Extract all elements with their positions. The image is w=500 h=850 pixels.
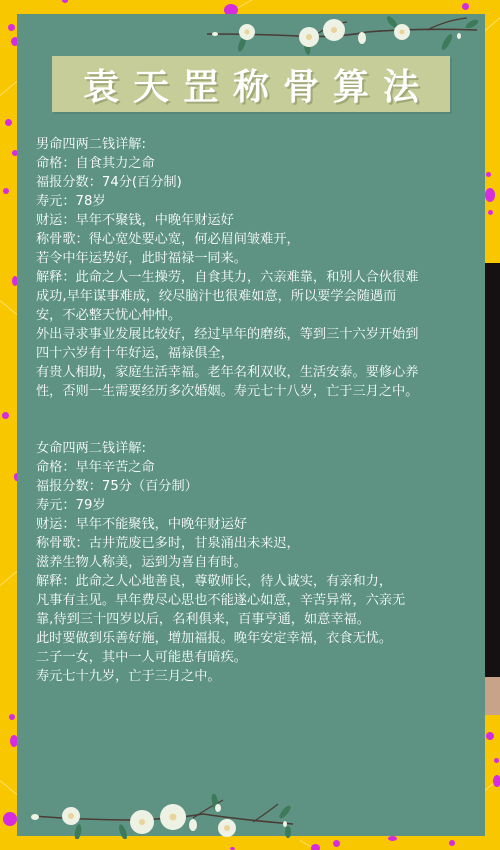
male-wealth: 财运：早年不聚钱，中晚年财运好 — [36, 211, 456, 230]
bone-weight-reading-text: 男命四两二钱详解: 命格：自食其力之命 福报分数：74分(百分制) 寿元：78岁… — [36, 135, 456, 686]
male-lifespan: 寿元：78岁 — [36, 192, 456, 211]
magenta-dot — [449, 840, 455, 846]
magenta-dot — [486, 732, 494, 740]
female-explanation-line: 寿元七十九岁，亡于三月之中。 — [36, 667, 456, 686]
magenta-dot — [2, 412, 9, 419]
male-explanation-line: 四十六岁有十年好运，福禄俱全， — [36, 344, 456, 363]
female-explanation-line: 解释：此命之人心地善良，尊敬师长，待人诚实，有亲和力， — [36, 572, 456, 591]
female-section: 女命四两二钱详解: 命格：早年辛苦之命 福报分数：75分（百分制） 寿元：79岁… — [36, 439, 456, 686]
female-explanation-line: 靠,待到三十四岁以后，名利俱来，百事亨通，如意幸福。 — [36, 610, 456, 629]
male-section: 男命四两二钱详解: 命格：自食其力之命 福报分数：74分(百分制) 寿元：78岁… — [36, 135, 456, 401]
male-fate-type: 命格：自食其力之命 — [36, 154, 456, 173]
magenta-dot — [62, 0, 68, 3]
female-fate-type: 命格：早年辛苦之命 — [36, 458, 456, 477]
male-explanation-line: 有贵人相助，家庭生活幸福。老年名利双收，生活安泰。要修心养 — [36, 363, 456, 382]
plum-blossom-branch-bottom-icon — [23, 794, 303, 839]
female-explanation-line: 二子一女，其中一人可能患有暗疾。 — [36, 648, 456, 667]
page-title: 袁天罡称骨算法 — [52, 56, 450, 112]
male-song-line-2: 若令中年运势好，此时福禄一同来。 — [36, 249, 456, 268]
female-song-line-1: 称骨歌：古井荒废已多时，甘泉涌出未来迟， — [36, 534, 456, 553]
magenta-dot — [311, 844, 320, 850]
magenta-dot — [488, 210, 493, 215]
magenta-dot — [9, 714, 15, 720]
border-diagonal-line — [0, 80, 19, 96]
male-explanation-line: 安，不必整天忧心忡忡。 — [36, 306, 456, 325]
female-explanation-line: 此时要做到乐善好施，增加福报。晚年安定幸福，衣食无忧。 — [36, 629, 456, 648]
border-diagonal-line — [0, 300, 19, 316]
magenta-dot — [388, 836, 397, 841]
magenta-dot — [493, 775, 500, 787]
magenta-dot — [486, 172, 491, 177]
female-wealth: 财运：早年不能聚钱，中晚年财运好 — [36, 515, 456, 534]
male-heading: 男命四两二钱详解: — [36, 135, 456, 154]
plum-blossom-branch-top-icon — [197, 14, 487, 59]
magenta-dot — [494, 758, 499, 763]
magenta-dot — [3, 812, 17, 826]
female-heading: 女命四两二钱详解: — [36, 439, 456, 458]
photo-skin-region — [485, 677, 500, 715]
male-explanation-line: 性，否则一生需要经历多次婚姻。寿元七十八岁，亡于三月之中。 — [36, 382, 456, 401]
magenta-dot — [5, 119, 12, 126]
female-explanation-line: 凡事有主见。早年费尽心思也不能遂心如意，辛苦异常，六亲无 — [36, 591, 456, 610]
background-photo-edge — [485, 263, 500, 715]
magenta-dot — [333, 840, 340, 847]
female-song-line-2: 滋养生物人称美，运到为喜自有时。 — [36, 553, 456, 572]
female-lifespan: 寿元：79岁 — [36, 496, 456, 515]
male-explanation-line: 成功,早年谋事难成，绞尽脑汁也很难如意，所以要学会随遇而 — [36, 287, 456, 306]
magenta-dot — [485, 188, 495, 202]
male-explanation-line: 解释：此命之人一生操劳，自食其力，六亲难靠，和别人合伙很难 — [36, 268, 456, 287]
border-diagonal-line — [0, 570, 19, 586]
section-spacer — [36, 401, 456, 439]
title-banner: 袁天罡称骨算法 — [52, 56, 450, 112]
magenta-dot — [462, 3, 469, 10]
magenta-dot — [3, 188, 9, 194]
border-diagonal-line — [0, 780, 19, 796]
magenta-dot — [8, 24, 15, 31]
male-song-line-1: 称骨歌：得心宽处要心宽，何必眉间皱难开， — [36, 230, 456, 249]
female-fortune-score: 福报分数：75分（百分制） — [36, 477, 456, 496]
male-fortune-score: 福报分数：74分(百分制) — [36, 173, 456, 192]
male-explanation-line: 外出寻求事业发展比较好，经过早年的磨练，等到三十六岁开始到 — [36, 325, 456, 344]
